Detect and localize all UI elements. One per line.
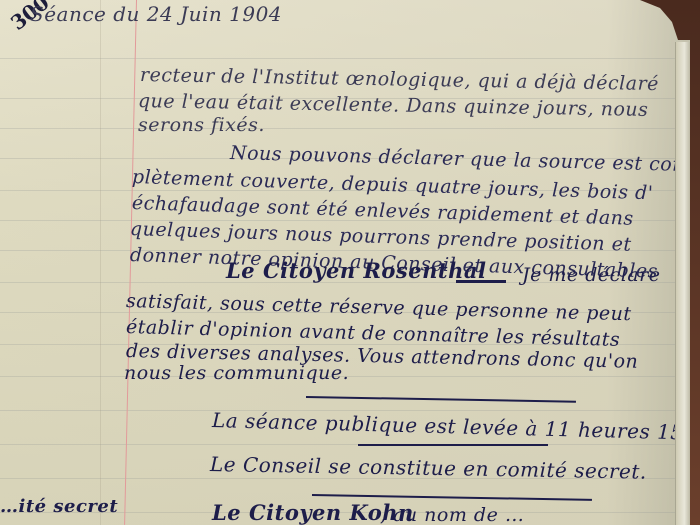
text-line: Je me déclare [522, 264, 660, 286]
margin-note: …ité secret [0, 496, 118, 517]
photo-scene: 300 Séance du 24 Juin 1904 recteur de l'… [0, 0, 700, 525]
session-header: Séance du 24 Juin 1904 [30, 2, 282, 26]
ruled-line [0, 444, 680, 445]
text-line: , au nom de … [380, 504, 524, 525]
speaker-name: Le Citoyen Rosenthal [226, 258, 486, 283]
ruled-line [0, 58, 680, 59]
ruled-line [0, 128, 680, 129]
text-line: serons fixés. [138, 114, 265, 136]
text-line: La séance publique est levée à 11 heures… [212, 408, 684, 444]
ledger-page: 300 Séance du 24 Juin 1904 recteur de l'… [0, 0, 690, 525]
separator-line [358, 444, 548, 446]
separator-line [306, 396, 576, 403]
speaker-dash [456, 280, 506, 283]
book-page-edges [675, 42, 690, 525]
text-line: nous les communique. [124, 362, 349, 384]
page-crease [100, 0, 101, 525]
